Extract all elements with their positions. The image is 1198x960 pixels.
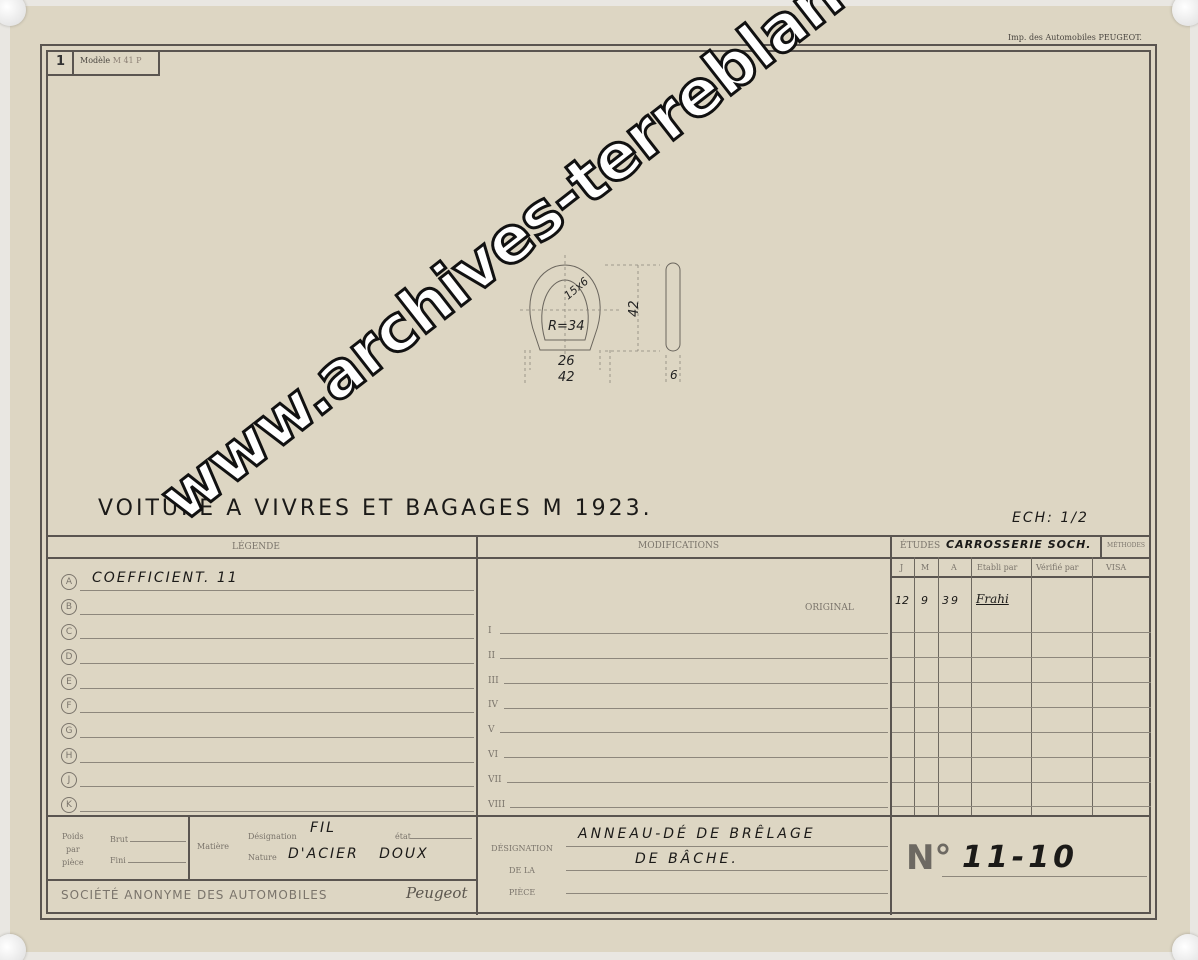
sheet-number: 1 [56, 54, 65, 69]
printer-credit: Imp. des Automobiles PEUGEOT. [1008, 33, 1142, 42]
designation-label: Désignation [248, 832, 297, 841]
designation-value: FIL [310, 820, 336, 836]
legende-letter: J [61, 772, 77, 788]
modifications-header: MODIFICATIONS [638, 541, 719, 551]
dim-radius: R=34 [548, 319, 584, 334]
modification-row-label: VI [488, 750, 498, 760]
legende-letter: H [61, 748, 77, 764]
dim-outer-width: 42 [558, 370, 575, 385]
entry-year: 39 [942, 594, 960, 607]
pin-bottom-right [1172, 934, 1198, 960]
legende-letter: E [61, 674, 77, 690]
header-bottom-border [46, 557, 891, 559]
nature-value: D'ACIER DOUX [288, 846, 429, 862]
divider-modifications-etudes [890, 535, 892, 915]
poids-label: Poids par pièce [62, 830, 84, 869]
brut-label: Brut [110, 835, 128, 844]
part-name-line2: DE BÂCHE. [635, 851, 739, 867]
legende-letter: A [61, 574, 77, 590]
modification-row-label: V [488, 725, 495, 735]
model-box-divider [72, 50, 74, 76]
modification-row-label: II [488, 651, 495, 661]
model-value: M 41 P [113, 56, 142, 65]
designation-piece-label-1: DÉSIGNATION [486, 838, 558, 860]
col-divider [914, 557, 915, 815]
number-prefix: N° [906, 838, 951, 878]
col-header-j: J [900, 563, 903, 572]
number-underline [942, 876, 1147, 877]
entry-day: 12 [895, 594, 909, 607]
designation-piece-label-3: PIÈCE [486, 882, 558, 904]
legende-header: LÉGENDE [232, 542, 280, 552]
legende-letter: C [61, 624, 77, 640]
col-divider [1031, 557, 1032, 815]
model-label: Modèle M 41 P [80, 56, 142, 65]
dim-height: 42 [627, 300, 642, 317]
brut-line [130, 841, 186, 842]
entry-month: 9 [921, 594, 930, 607]
fini-label: Fini [110, 856, 126, 865]
poids-label-3: pièce [62, 856, 84, 869]
designation-line [566, 846, 888, 847]
designation-line [566, 870, 888, 871]
modification-row-label: I [488, 626, 492, 636]
poids-label-1: Poids [62, 830, 84, 843]
legende-letter: D [61, 649, 77, 665]
etudes-label: ÉTUDES [900, 541, 940, 551]
modification-row-label: IV [488, 700, 498, 710]
etat-line [410, 838, 472, 839]
legende-letter: G [61, 723, 77, 739]
company-name: SOCIÉTÉ ANONYME DES AUTOMOBILES [61, 888, 327, 902]
designation-piece-label-2: DE LA [486, 860, 558, 882]
legende-letter: K [61, 797, 77, 813]
modification-row-label: VII [488, 775, 502, 785]
dim-section: 15x6 [562, 275, 591, 303]
ring-technical-drawing: R=34 15x6 26 42 42 6 [510, 255, 710, 390]
model-label-text: Modèle [80, 56, 110, 65]
col-divider [938, 557, 939, 815]
drawing-number: 11-10 [962, 840, 1078, 875]
modification-row-label: III [488, 676, 499, 686]
divider-legende-modifications [476, 535, 478, 915]
dim-thickness: 6 [670, 368, 678, 382]
scale-label: ECH: 1/2 [1012, 510, 1089, 526]
etat-label: état [395, 832, 411, 841]
entry-signature: Frahi [976, 592, 1009, 606]
etudes-columns-bottom [892, 576, 1151, 578]
col-header-visa: VISA [1106, 563, 1126, 572]
methodes-label: MÉTHODES [1107, 542, 1145, 549]
methodes-divider [1100, 535, 1102, 557]
modification-row-label: VIII [488, 800, 505, 810]
peugeot-logo: Peugeot [406, 884, 468, 902]
nature-label: Nature [248, 853, 277, 862]
col-divider [971, 557, 972, 815]
col-header-m: M [921, 563, 929, 572]
legende-text: COEFFICIENT. 11 [92, 570, 239, 586]
company-top-border [46, 879, 477, 881]
fini-line [128, 862, 186, 863]
col-header-verifie: Vérifié par [1036, 563, 1079, 572]
poids-matiere-divider [188, 817, 190, 879]
col-header-etabli: Etabli par [977, 563, 1017, 572]
legende-letter: B [61, 599, 77, 615]
dim-inner-width: 26 [558, 354, 575, 369]
designation-piece-label: DÉSIGNATION DE LA PIÈCE [486, 838, 558, 904]
col-divider [1092, 557, 1093, 815]
poids-label-2: par [62, 843, 84, 856]
designation-line [566, 893, 888, 894]
table-top-border [46, 535, 1151, 537]
original-label: ORIGINAL [805, 603, 854, 613]
etudes-header-bottom [892, 557, 1151, 559]
legende-letter: F [61, 698, 77, 714]
matiere-label: Matière [197, 842, 229, 851]
bottom-section-border [46, 815, 1151, 817]
col-header-a: A [951, 563, 957, 572]
etudes-department: CARROSSERIE SOCH. [946, 538, 1091, 551]
part-name-line1: ANNEAU-DÉ DE BRÊLAGE [578, 826, 816, 842]
